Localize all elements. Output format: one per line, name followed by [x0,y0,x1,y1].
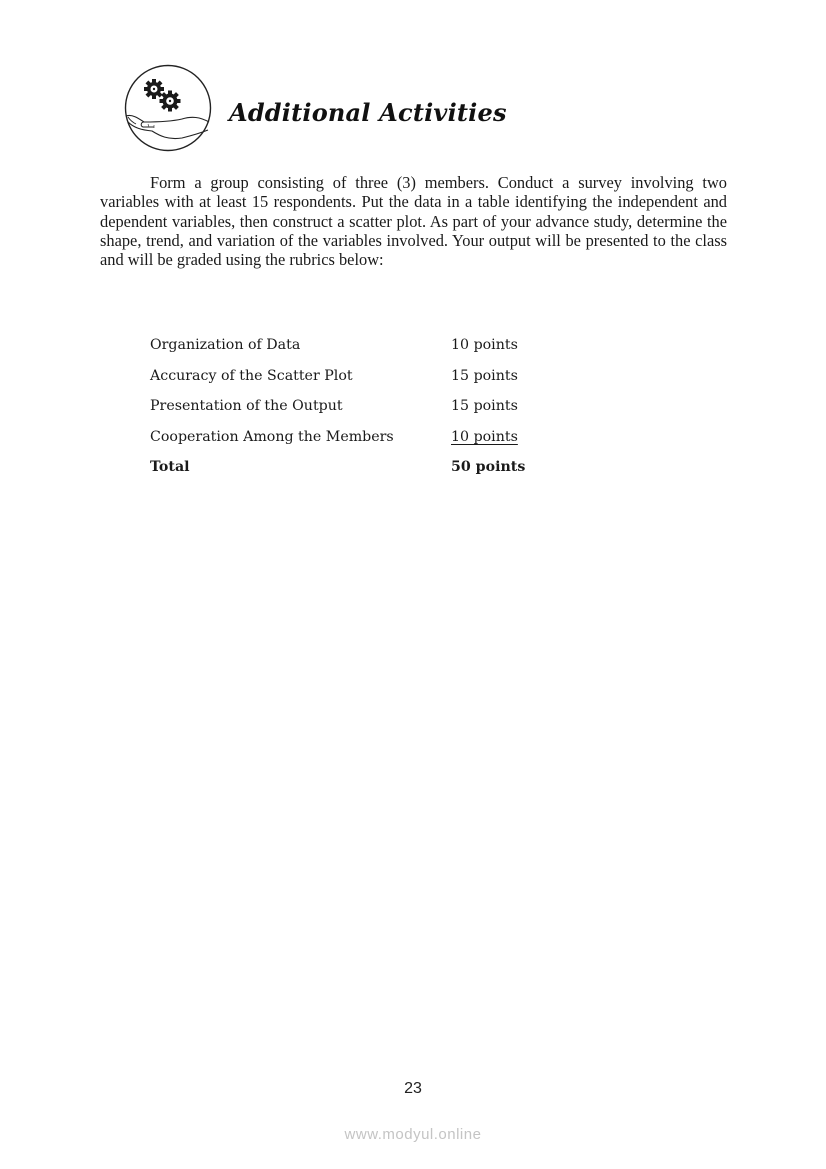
page-number: 23 [0,1080,826,1098]
gears-in-hand-icon [124,64,212,152]
rubric-row: Accuracy of the Scatter Plot 15 points [150,361,525,392]
rubric-total-row: Total 50 points [150,452,525,483]
rubric-criterion: Organization of Data [150,337,451,353]
rubric-criterion: Presentation of the Output [150,398,451,414]
rubric-row: Presentation of the Output 15 points [150,391,525,422]
rubric-points: 15 points [451,398,518,414]
section-title: Additional Activities [229,98,507,127]
rubric-criterion: Accuracy of the Scatter Plot [150,368,451,384]
rubric-criterion: Cooperation Among the Members [150,429,451,445]
watermark: www.modyul.online [0,1126,826,1143]
rubric-points: 15 points [451,368,518,384]
rubric-total-points: 50 points [451,459,525,475]
grading-rubric: Organization of Data 10 points Accuracy … [150,330,525,483]
rubric-row: Cooperation Among the Members 10 points [150,422,525,453]
rubric-total-label: Total [150,459,451,475]
rubric-row: Organization of Data 10 points [150,330,525,361]
activity-instructions: Form a group consisting of three (3) mem… [100,173,727,269]
rubric-points: 10 points [451,429,518,445]
rubric-points: 10 points [451,337,518,353]
